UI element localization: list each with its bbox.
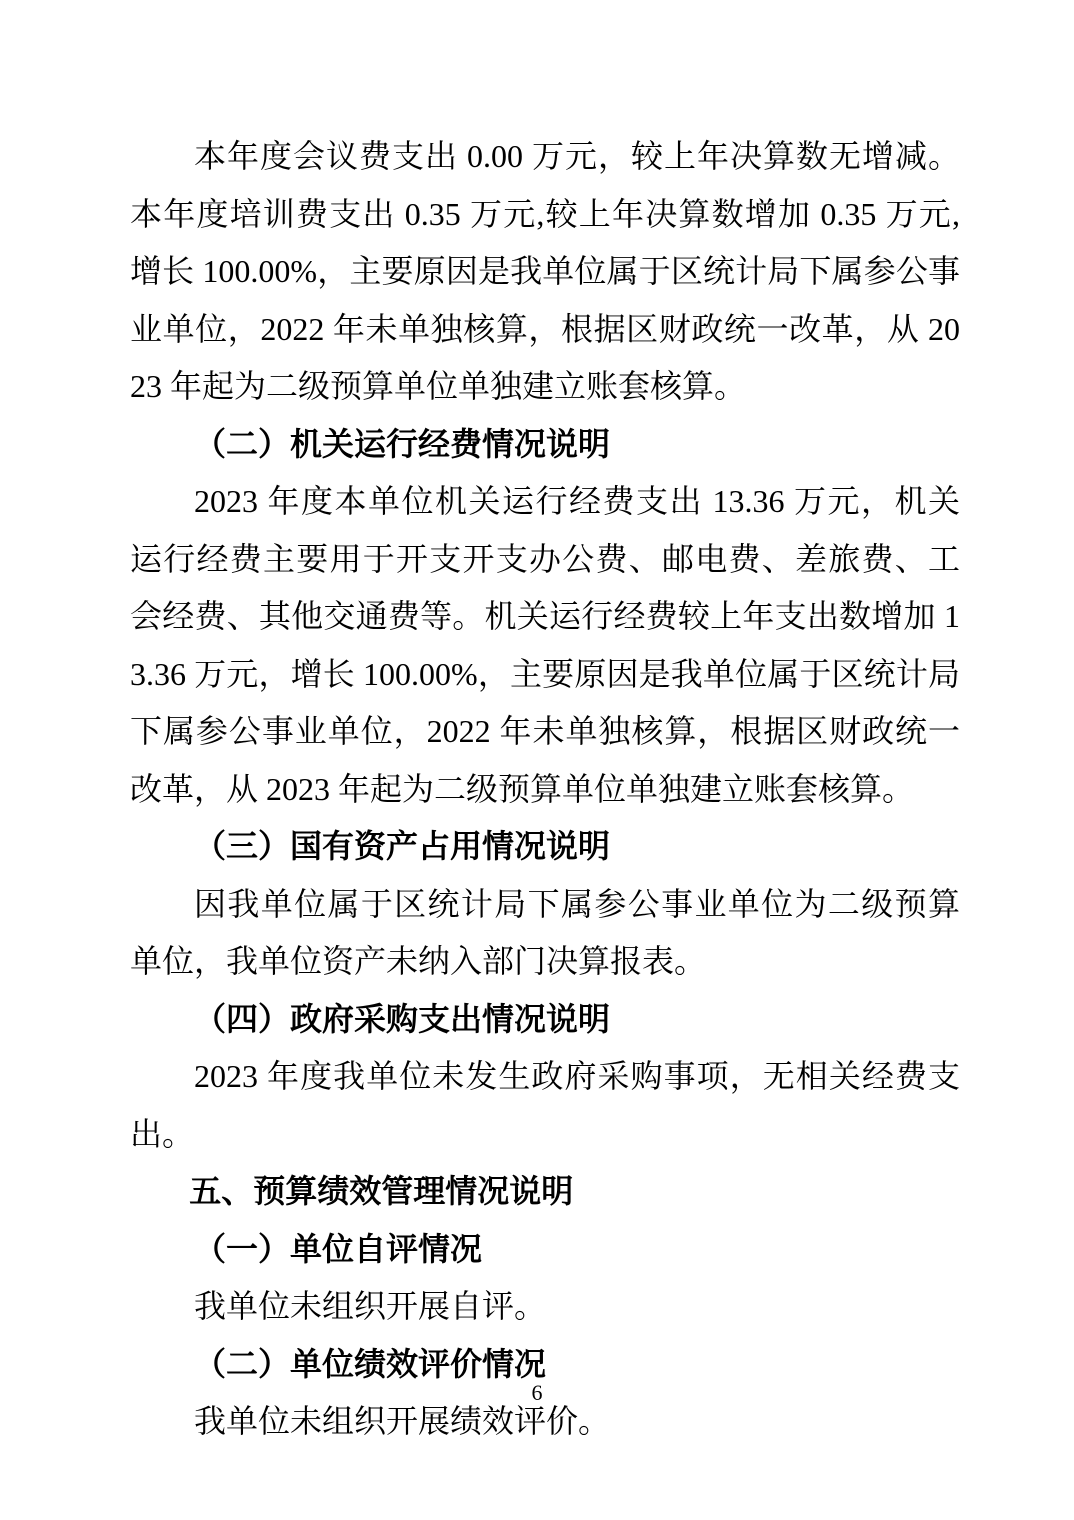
subsection-heading-operating-expenses: （二）机关运行经费情况说明 (130, 416, 960, 474)
paragraph-government-procurement: 2023 年度我单位未发生政府采购事项，无相关经费支出。 (130, 1048, 960, 1163)
page-number: 6 (0, 1381, 1074, 1405)
paragraph-meeting-training-fees: 本年度会议费支出 0.00 万元，较上年决算数无增减。本年度培训费支出 0.35… (130, 128, 960, 416)
subsection-heading-state-assets: （三）国有资产占用情况说明 (130, 818, 960, 876)
paragraph-self-evaluation: 我单位未组织开展自评。 (130, 1278, 960, 1336)
subsection-heading-government-procurement: （四）政府采购支出情况说明 (130, 991, 960, 1049)
document-page: 本年度会议费支出 0.00 万元，较上年决算数无增减。本年度培训费支出 0.35… (0, 0, 1074, 1520)
section-heading-budget-performance: 五、预算绩效管理情况说明 (130, 1163, 960, 1221)
paragraph-state-assets: 因我单位属于区统计局下属参公事业单位为二级预算单位，我单位资产未纳入部门决算报表… (130, 876, 960, 991)
document-body: 本年度会议费支出 0.00 万元，较上年决算数无增减。本年度培训费支出 0.35… (130, 128, 960, 1451)
paragraph-operating-expenses: 2023 年度本单位机关运行经费支出 13.36 万元，机关运行经费主要用于开支… (130, 473, 960, 818)
subsection-heading-self-evaluation: （一）单位自评情况 (130, 1221, 960, 1279)
